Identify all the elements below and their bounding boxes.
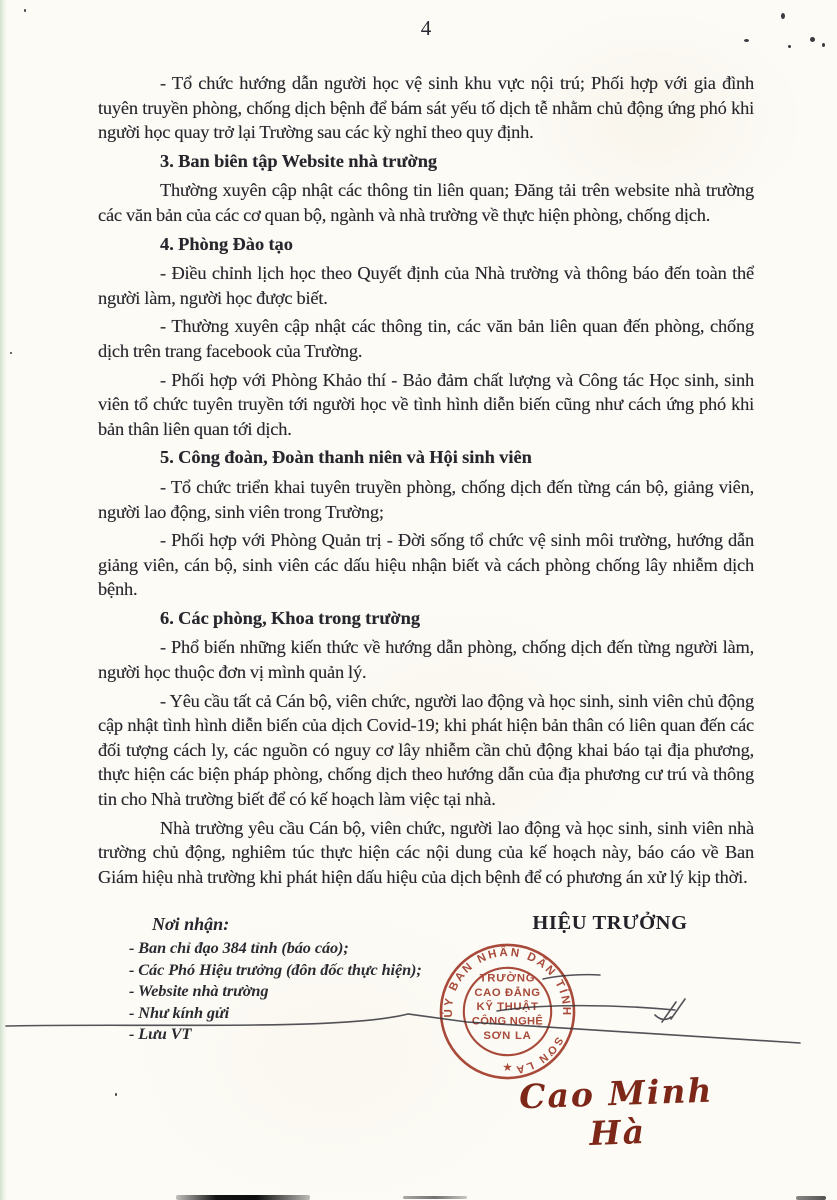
pen-dash-top [543,975,600,979]
pen-initials [655,999,685,1022]
scan-speck [810,37,815,42]
scan-speck [788,45,791,48]
scan-artifact-band [176,1195,310,1200]
scan-speck [781,13,785,19]
pen-line-upper [497,1006,675,1011]
scan-speck [10,352,12,354]
document-page: 4 - Tổ chức hướng dẫn người học vệ sinh … [0,0,837,1200]
scan-speck [24,9,26,12]
scan-artifact-band [403,1196,467,1199]
pen-line-long [6,1014,800,1043]
scan-artifact-band [796,1196,826,1200]
scan-speck [115,1093,117,1096]
scan-speck [744,39,749,42]
pen-strokes [0,0,837,1200]
scan-speck [822,43,825,47]
